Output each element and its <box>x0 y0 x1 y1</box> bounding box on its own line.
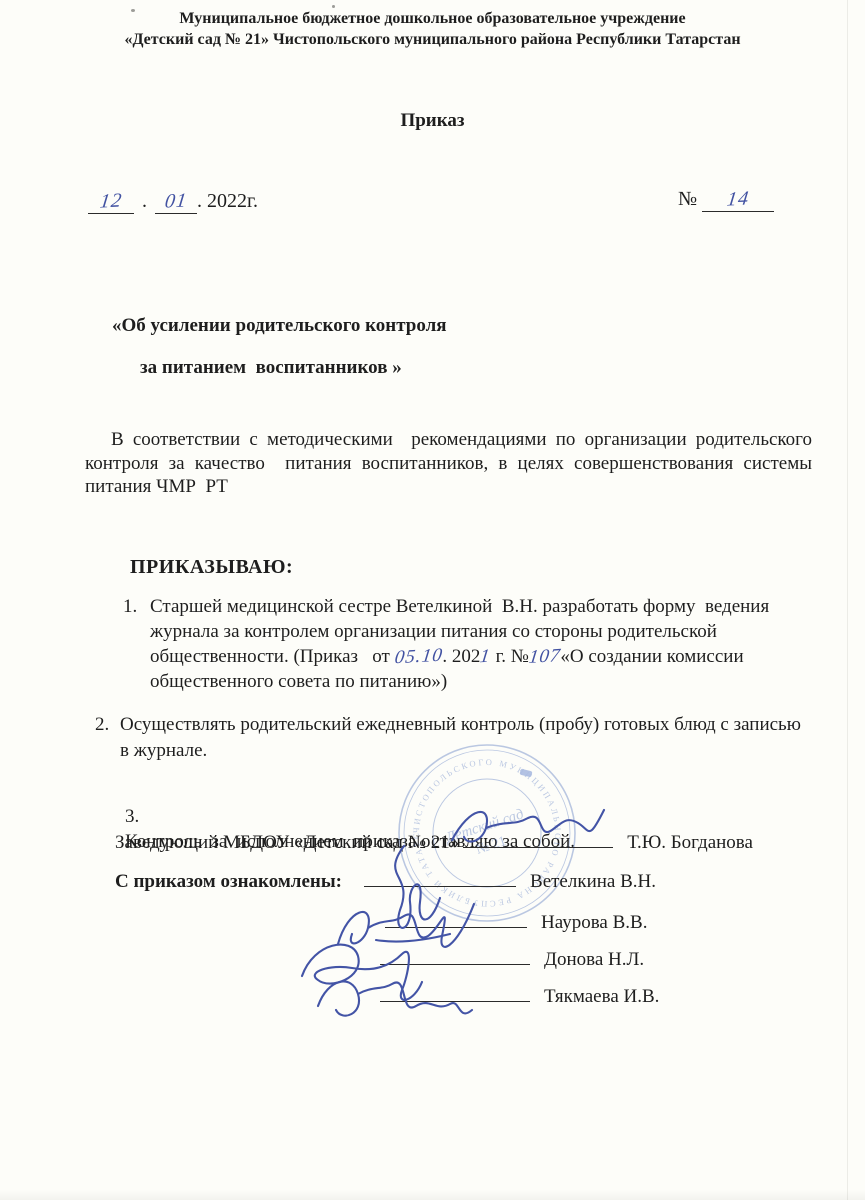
signature-line <box>364 872 516 887</box>
number-label: № <box>678 188 697 210</box>
date-line: 12.01. 2022г. <box>88 190 258 214</box>
subject-line1: «Об усилении родительского контроля <box>112 315 447 337</box>
handwritten-number: 14 <box>726 187 751 211</box>
signature-line <box>380 950 530 965</box>
signee-name: Донова Н.Л. <box>530 949 644 970</box>
director-signature-row: Заведующий МБДОУ «Детский сад № 21»Т.Ю. … <box>115 832 753 854</box>
scanned-order-document: Муниципальное бюджетное дошкольное образ… <box>0 0 865 1200</box>
organization-header: Муниципальное бюджетное дошкольное образ… <box>0 8 865 50</box>
acknowledgement-row-4: Тякмаева И.В. <box>380 986 659 1008</box>
signature-line <box>385 913 527 928</box>
signee-name: Тякмаева И.В. <box>530 986 659 1007</box>
handwritten-ref-date: 05.10 <box>393 643 444 670</box>
organization-name-line2: «Детский сад № 21» Чистопольского муници… <box>0 29 865 50</box>
handwritten-month: 01 <box>163 189 188 213</box>
subject-line2: за питанием воспитанников » <box>140 357 402 379</box>
month-field: 01 <box>155 190 197 214</box>
decree-heading: ПРИКАЗЫВАЮ: <box>130 556 293 579</box>
item1-mid1: . 202 <box>442 646 480 667</box>
handwritten-ref-number: 107 <box>527 643 562 670</box>
director-signature-line <box>463 833 613 848</box>
scan-edge-line <box>847 0 848 1200</box>
item-text: Старшей медицинской сестре Ветелкиной В.… <box>150 594 798 694</box>
scan-bottom-shadow <box>0 1190 865 1200</box>
organization-name-line1: Муниципальное бюджетное дошкольное образ… <box>0 8 865 29</box>
item1-mid2: г. № <box>491 646 529 667</box>
day-field: 12 <box>88 190 134 214</box>
item-number: 3. <box>125 806 139 827</box>
acknowledgement-label: С приказом ознакомлены: <box>115 871 342 892</box>
signee-name: Наурова В.В. <box>527 912 647 933</box>
item-number: 1. <box>123 594 150 694</box>
director-name: Т.Ю. Богданова <box>613 832 753 853</box>
signee-name: Ветелкина В.Н. <box>516 871 656 892</box>
date-separator: . <box>134 190 155 212</box>
order-item-1: 1. Старшей медицинской сестре Ветелкиной… <box>123 594 798 694</box>
order-number-line: № 14 <box>678 188 774 212</box>
director-label: Заведующий МБДОУ «Детский сад № 21» <box>115 832 459 853</box>
signature-line <box>380 987 530 1002</box>
acknowledgement-row-1: С приказом ознакомлены:Ветелкина В.Н. <box>115 871 656 893</box>
intro-paragraph: В соответствии с методическими рекоменда… <box>85 428 812 499</box>
acknowledgement-row-2: Наурова В.В. <box>385 912 647 934</box>
acknowledgement-row-3: Донова Н.Л. <box>380 949 644 971</box>
document-title: Приказ <box>0 110 865 132</box>
handwritten-day: 12 <box>98 189 123 213</box>
item-number: 2. <box>95 712 120 764</box>
year-text: . 2022г. <box>197 190 258 212</box>
number-field: 14 <box>702 188 774 212</box>
